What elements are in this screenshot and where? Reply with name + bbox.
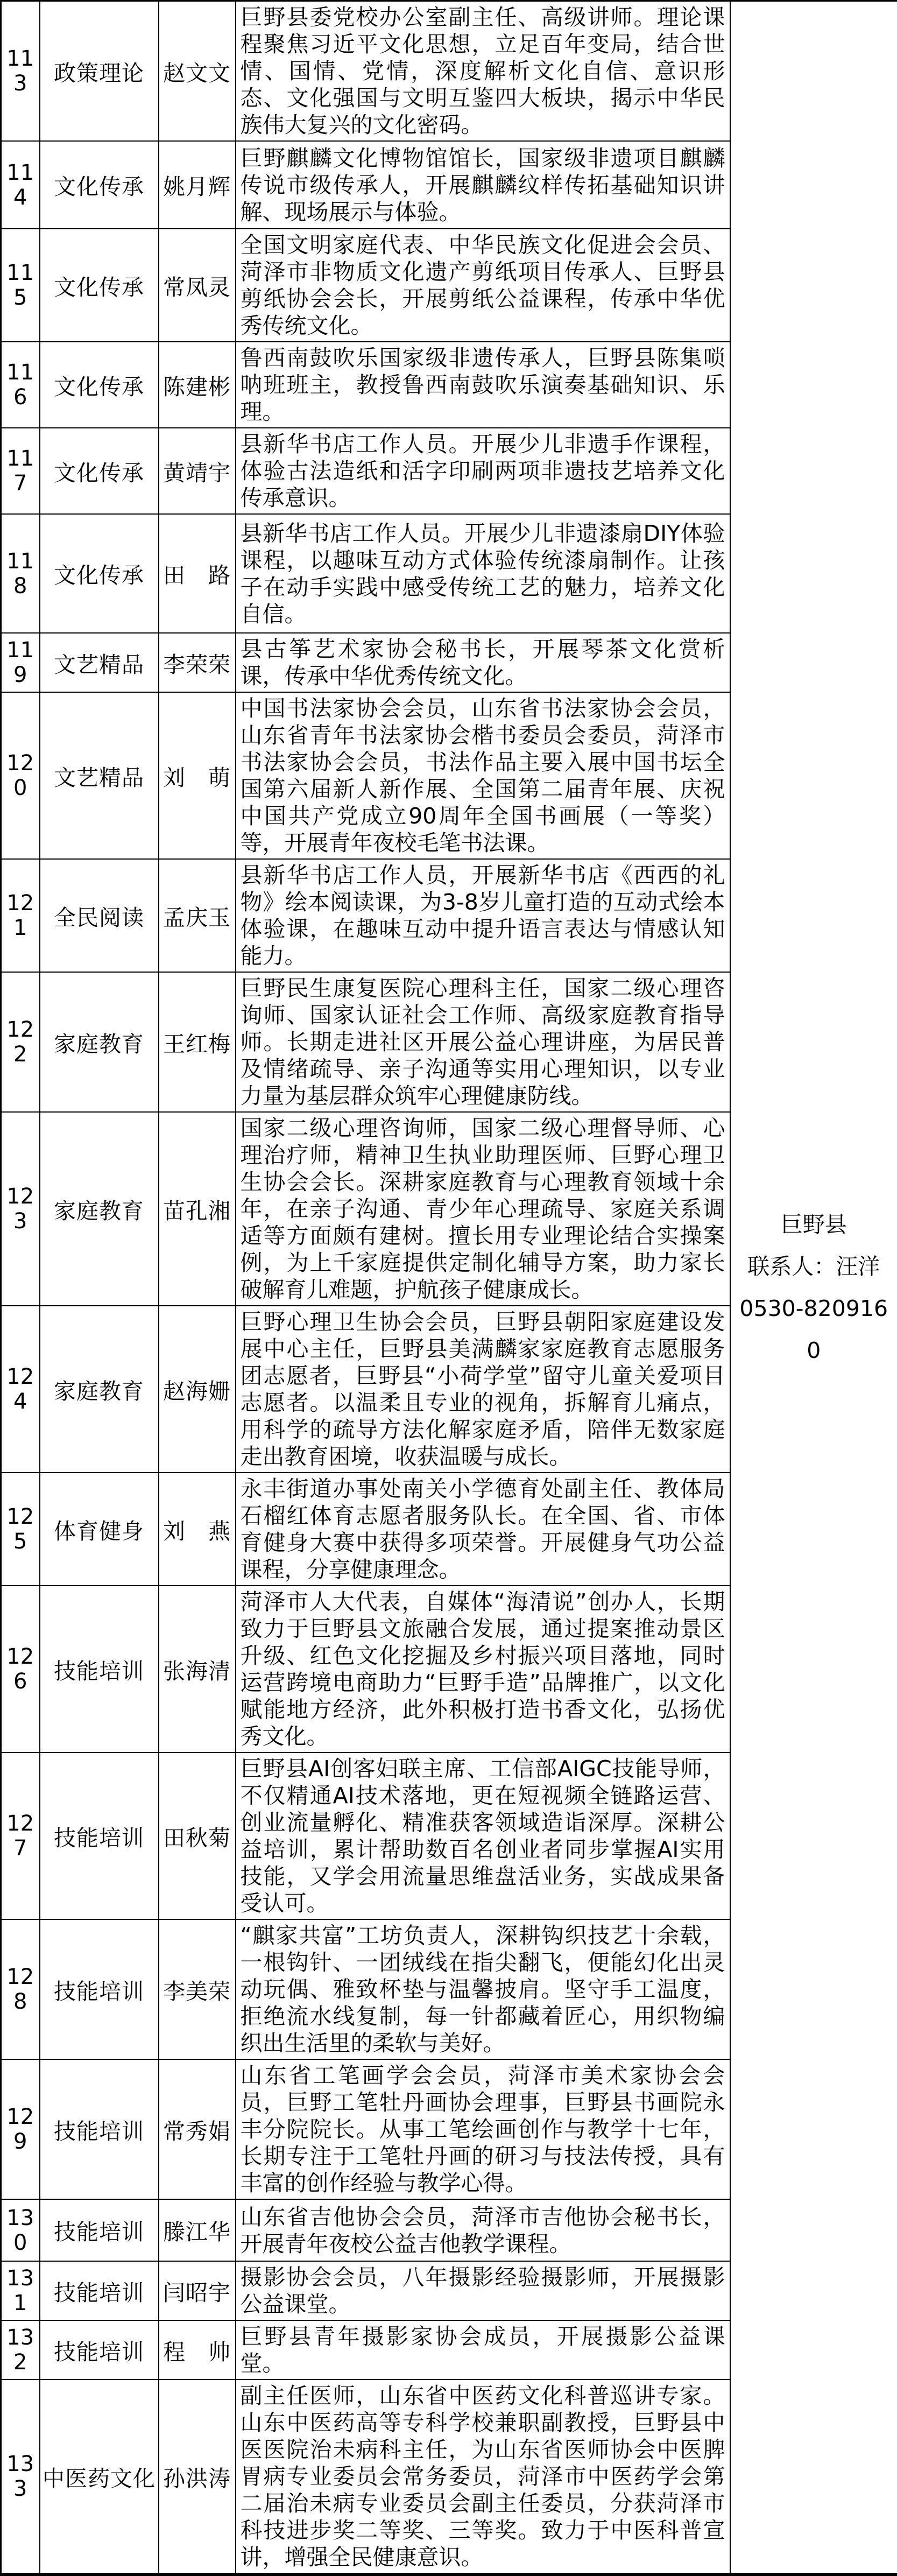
name-cell: 田 路	[159, 514, 236, 633]
description-cell: 摄影协会会员，八年摄影经验摄影师，开展摄影公益课堂。	[236, 2261, 730, 2320]
name-cell: 王红梅	[159, 972, 236, 1112]
row-number-cell: 132	[1, 2320, 40, 2380]
talent-roster-table: 113政策理论赵文文巨野县委党校办公室副主任、高级讲师。理论课程聚焦习近平文化思…	[0, 0, 897, 2576]
row-number-cell: 127	[1, 1752, 40, 1919]
category-cell: 体育健身	[40, 1473, 159, 1586]
volunteer-talent-roster-page: 113政策理论赵文文巨野县委党校办公室副主任、高级讲师。理论课程聚焦习近平文化思…	[0, 0, 897, 2576]
row-number-cell: 126	[1, 1586, 40, 1752]
description-cell: “麒家共富”工坊负责人，深耕钩织技艺十余载，一根钩针、一团绒线在指尖翻飞，便能幻…	[236, 1919, 730, 2059]
description-cell: 菏泽市人大代表，自媒体“海清说”创办人，长期致力于巨野县文旅融合发展，通过提案推…	[236, 1586, 730, 1752]
name-cell: 滕江华	[159, 2199, 236, 2261]
row-number-cell: 133	[1, 2380, 40, 2574]
category-cell: 技能培训	[40, 2199, 159, 2261]
category-cell: 文化传承	[40, 342, 159, 428]
category-cell: 文化传承	[40, 229, 159, 342]
name-cell: 程 帅	[159, 2320, 236, 2380]
contact-county: 巨野县	[734, 1203, 894, 1245]
category-cell: 文艺精品	[40, 633, 159, 692]
description-cell: 巨野麒麟文化博物馆馆长，国家级非遗项目麒麟传说市级传承人，开展麒麟纹样传拓基础知…	[236, 141, 730, 229]
category-cell: 文化传承	[40, 428, 159, 514]
category-cell: 技能培训	[40, 2261, 159, 2320]
name-cell: 孟庆玉	[159, 859, 236, 972]
description-cell: 县古筝艺术家协会秘书长，开展琴茶文化赏析课，传承中华优秀传统文化。	[236, 633, 730, 692]
category-cell: 文化传承	[40, 514, 159, 633]
description-cell: 巨野心理卫生协会会员，巨野县朝阳家庭建设发展中心主任，巨野县美满麟家家庭教育志愿…	[236, 1306, 730, 1473]
row-number-cell: 120	[1, 692, 40, 859]
name-cell: 姚月辉	[159, 141, 236, 229]
roster-row: 113政策理论赵文文巨野县委党校办公室副主任、高级讲师。理论课程聚焦习近平文化思…	[1, 1, 897, 142]
row-number-cell: 124	[1, 1306, 40, 1473]
row-number-cell: 129	[1, 2059, 40, 2199]
row-number-cell: 119	[1, 633, 40, 692]
name-cell: 孙洪涛	[159, 2380, 236, 2574]
description-cell: 中国书法家协会会员，山东省书法家协会会员，山东省青年书法家协会楷书委员会委员，菏…	[236, 692, 730, 859]
name-cell: 田秋菊	[159, 1752, 236, 1919]
name-cell: 张海清	[159, 1586, 236, 1752]
description-cell: 鲁西南鼓吹乐国家级非遗传承人，巨野县陈集唢呐班班主，教授鲁西南鼓吹乐演奏基础知识…	[236, 342, 730, 428]
category-cell: 中医药文化	[40, 2380, 159, 2574]
roster-body: 113政策理论赵文文巨野县委党校办公室副主任、高级讲师。理论课程聚焦习近平文化思…	[1, 1, 897, 2575]
description-cell: 永丰街道办事处南关小学德育处副主任、教体局石榴红体育志愿者服务队长。在全国、省、…	[236, 1473, 730, 1586]
category-cell: 文化传承	[40, 141, 159, 229]
name-cell: 赵海姗	[159, 1306, 236, 1473]
category-cell: 全民阅读	[40, 859, 159, 972]
row-number-cell: 117	[1, 428, 40, 514]
name-cell: 常凤灵	[159, 229, 236, 342]
row-number-cell: 123	[1, 1112, 40, 1306]
category-cell: 家庭教育	[40, 1306, 159, 1473]
row-number-cell: 118	[1, 514, 40, 633]
description-cell: 县新华书店工作人员。开展少儿非遗漆扇DIY体验课程，以趣味互动方式体验传统漆扇制…	[236, 514, 730, 633]
name-cell: 陈建彬	[159, 342, 236, 428]
row-number-cell: 116	[1, 342, 40, 428]
category-cell: 技能培训	[40, 2059, 159, 2199]
description-cell: 副主任医师，山东省中医药文化科普巡讲专家。山东中医药高等专科学校兼职副教授，巨野…	[236, 2380, 730, 2574]
contact-person: 联系人：汪洋	[734, 1245, 894, 1287]
category-cell: 家庭教育	[40, 972, 159, 1112]
name-cell: 赵文文	[159, 1, 236, 142]
description-cell: 巨野县AI创客妇联主席、工信部AIGC技能导师，不仅精通AI技术落地，更在短视频…	[236, 1752, 730, 1919]
name-cell: 李荣荣	[159, 633, 236, 692]
name-cell: 刘 燕	[159, 1473, 236, 1586]
name-cell: 李美荣	[159, 1919, 236, 2059]
description-cell: 山东省工笔画学会会员，菏泽市美术家协会会员，巨野工笔牡丹画协会理事，巨野县书画院…	[236, 2059, 730, 2199]
description-cell: 全国文明家庭代表、中华民族文化促进会会员、菏泽市非物质文化遗产剪纸项目传承人、巨…	[236, 229, 730, 342]
row-number-cell: 114	[1, 141, 40, 229]
description-cell: 县新华书店工作人员，开展新华书店《西西的礼物》绘本阅读课，为3-8岁儿童打造的互…	[236, 859, 730, 972]
name-cell: 闫昭宇	[159, 2261, 236, 2320]
name-cell: 刘 萌	[159, 692, 236, 859]
description-cell: 巨野县青年摄影家协会成员，开展摄影公益课堂。	[236, 2320, 730, 2380]
category-cell: 技能培训	[40, 1752, 159, 1919]
category-cell: 文艺精品	[40, 692, 159, 859]
contact-cell: 巨野县联系人：汪洋0530-8209160	[730, 1, 897, 2575]
row-number-cell: 130	[1, 2199, 40, 2261]
category-cell: 家庭教育	[40, 1112, 159, 1306]
name-cell: 苗孔湘	[159, 1112, 236, 1306]
row-number-cell: 113	[1, 1, 40, 142]
contact-phone: 0530-8209160	[734, 1287, 894, 1371]
row-number-cell: 128	[1, 1919, 40, 2059]
description-cell: 国家二级心理咨询师，国家二级心理督导师、心理治疗师，精神卫生执业助理医师、巨野心…	[236, 1112, 730, 1306]
category-cell: 技能培训	[40, 1919, 159, 2059]
description-cell: 县新华书店工作人员。开展少儿非遗手作课程，体验古法造纸和活字印刷两项非遗技艺培养…	[236, 428, 730, 514]
category-cell: 技能培训	[40, 2320, 159, 2380]
name-cell: 常秀娟	[159, 2059, 236, 2199]
row-number-cell: 131	[1, 2261, 40, 2320]
description-cell: 山东省吉他协会会员，菏泽市吉他协会秘书长，开展青年夜校公益吉他教学课程。	[236, 2199, 730, 2261]
row-number-cell: 122	[1, 972, 40, 1112]
description-cell: 巨野民生康复医院心理科主任，国家二级心理咨询师、国家认证社会工作师、高级家庭教育…	[236, 972, 730, 1112]
name-cell: 黄靖宇	[159, 428, 236, 514]
row-number-cell: 115	[1, 229, 40, 342]
category-cell: 政策理论	[40, 1, 159, 142]
category-cell: 技能培训	[40, 1586, 159, 1752]
row-number-cell: 125	[1, 1473, 40, 1586]
description-cell: 巨野县委党校办公室副主任、高级讲师。理论课程聚焦习近平文化思想，立足百年变局，结…	[236, 1, 730, 142]
row-number-cell: 121	[1, 859, 40, 972]
